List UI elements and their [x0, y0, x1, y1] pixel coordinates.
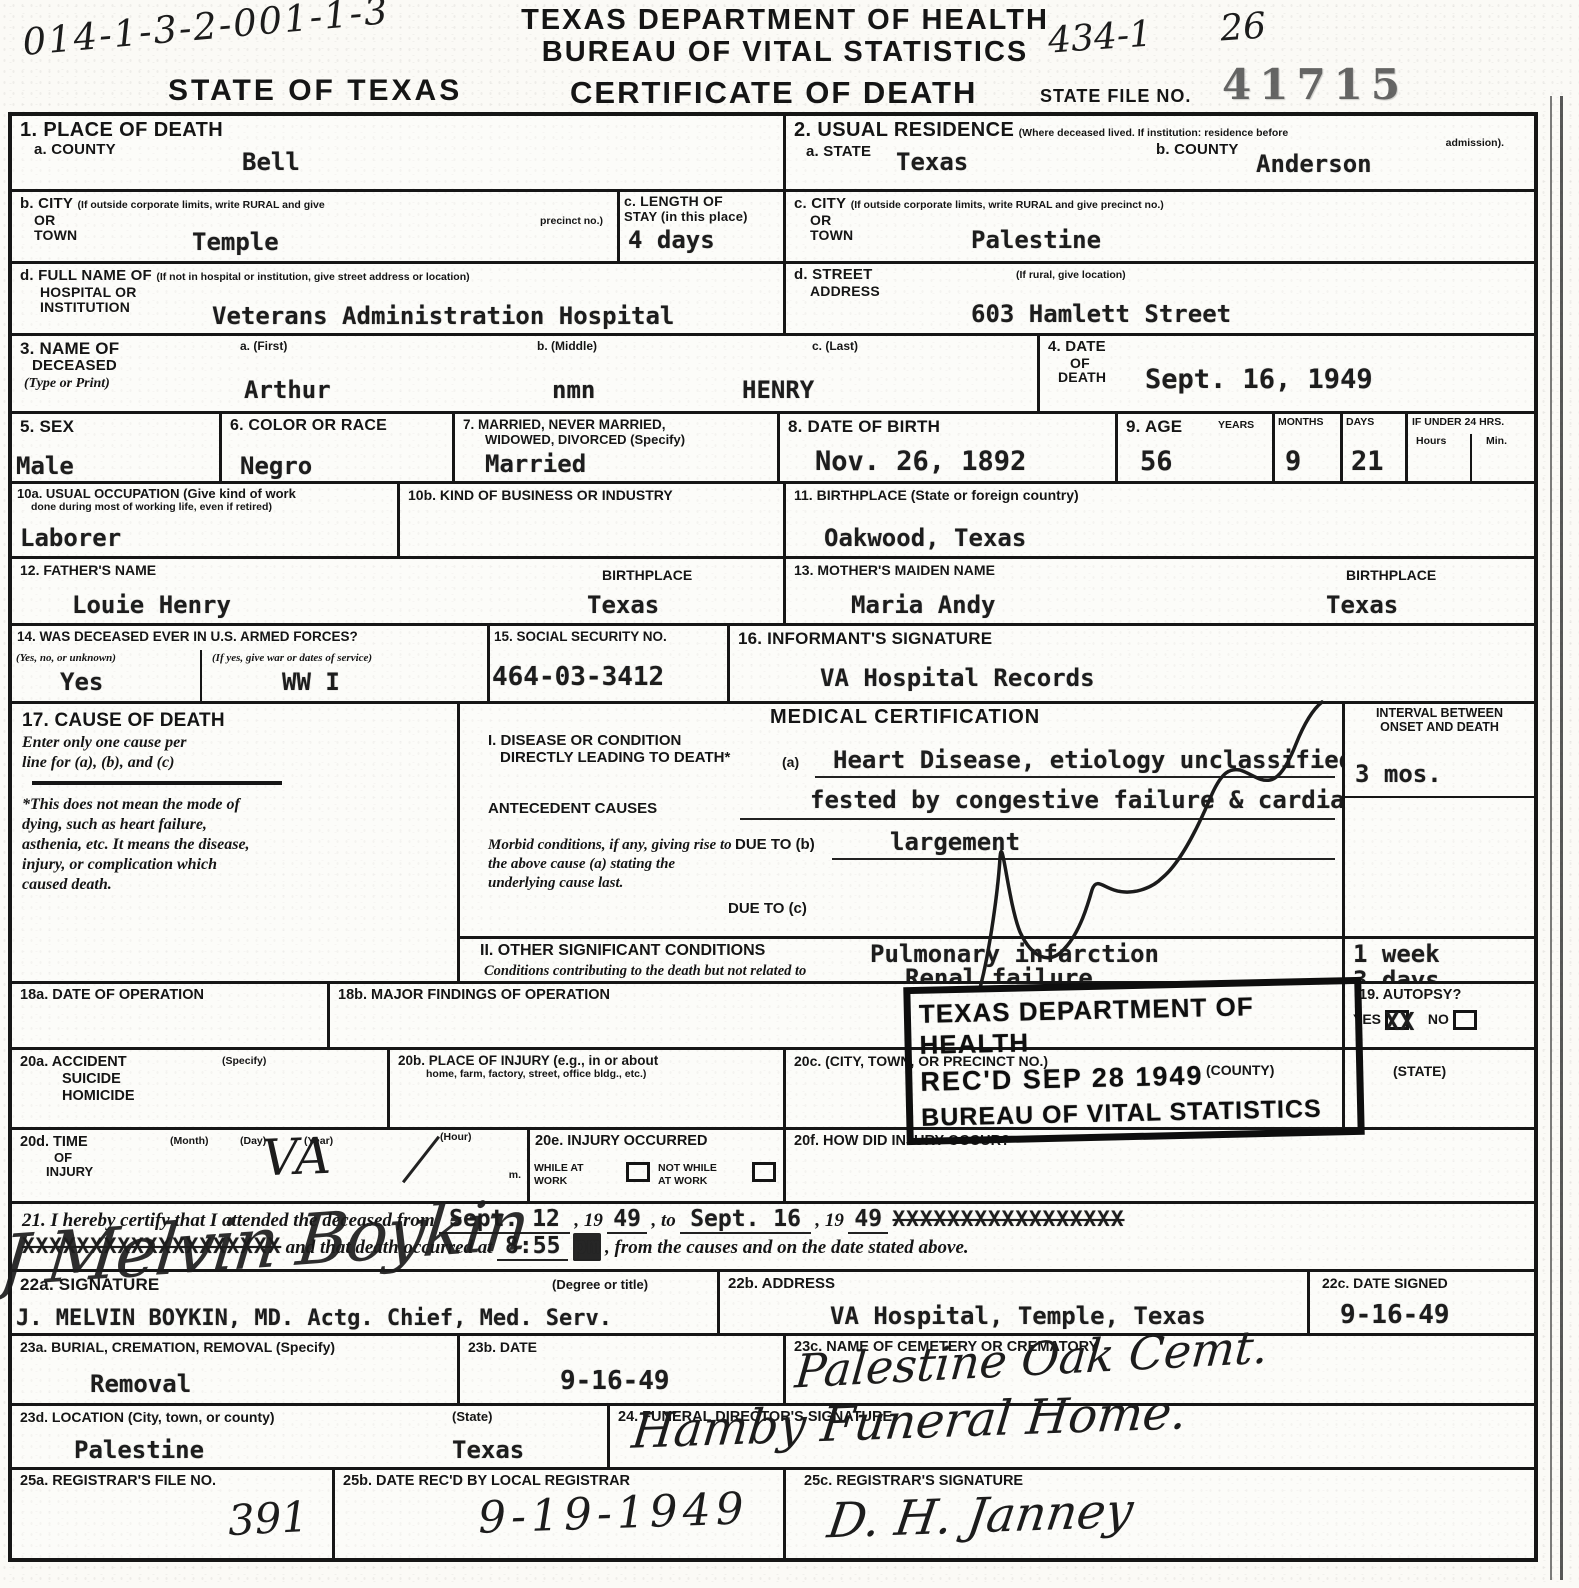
place-of-injury-l1: 20b. PLACE OF INJURY (e.g., in or about [398, 1053, 775, 1069]
cause-note-rule [32, 781, 282, 785]
birthplace-label: 11. BIRTHPLACE (State or foreign country… [794, 487, 1526, 503]
certify-struck-1: XXXXXXXXXXXXXXXXX [893, 1207, 1125, 1231]
armed-forces-war: WW I [282, 670, 340, 694]
dod-value: Sept. 16, 1949 [1145, 366, 1373, 393]
field-how-injury-occurred: 20f. HOW DID INJURY OCCUR? [786, 1130, 1534, 1201]
row-hospital-street: d. FULL NAME OF (If not in hospital or i… [12, 264, 1534, 336]
death-city-paren2: precinct no.) [540, 216, 603, 228]
under24-label: IF UNDER 24 HRS. [1412, 417, 1530, 429]
disease-l2: DIRECTLY LEADING TO DEATH* [500, 749, 730, 766]
field-color-race: 6. COLOR OR RACE Negro [222, 414, 455, 481]
field-armed-forces: 14. WAS DECEASED EVER IN U.S. ARMED FORC… [12, 626, 490, 701]
occupation-l2: done during most of working life, even i… [31, 502, 392, 514]
field-name-of-deceased: 3. NAME OF DECEASED (Type or Print) a. (… [12, 336, 1040, 411]
certify-mid: and that death occurred at [286, 1237, 493, 1258]
age-label: 9. AGE [1126, 417, 1182, 436]
stay-value: 4 days [628, 228, 715, 252]
scan-edge-lines [1550, 96, 1563, 1580]
age-months-label: MONTHS [1278, 417, 1337, 429]
field-physician-address: 22b. ADDRESS VA Hospital, Temple, Texas [720, 1272, 1310, 1333]
other-conditions-label: II. OTHER SIGNIFICANT CONDITIONS [480, 942, 765, 960]
row-armed-forces: 14. WAS DECEASED EVER IN U.S. ARMED FORC… [12, 626, 1534, 704]
race-value: Negro [240, 454, 312, 478]
field-injury-state: (STATE) [1345, 1050, 1534, 1127]
place-of-injury-l2: home, farm, factory, street, office bldg… [426, 1069, 775, 1081]
field-father: 12. FATHER'S NAME BIRTHPLACE Louie Henry… [12, 559, 786, 623]
usual-residence-title: 2. USUAL RESIDENCE [794, 119, 1014, 141]
name-title1: 3. NAME OF [20, 339, 1029, 358]
field-cemetery: 23c. NAME OF CEMETERY OR CREMATORY [786, 1336, 1534, 1403]
time-injury-l1: 20d. TIME [20, 1134, 88, 1150]
cemetery-label: 23c. NAME OF CEMETERY OR CREMATORY [794, 1339, 1526, 1356]
row-name-dod: 3. NAME OF DECEASED (Type or Print) a. (… [12, 336, 1534, 414]
medcert-title: MEDICAL CERTIFICATION [770, 706, 1040, 729]
row-parents: 12. FATHER'S NAME BIRTHPLACE Louie Henry… [12, 559, 1534, 626]
usual-residence-paren: (Where deceased lived. If institution: r… [1019, 127, 1289, 139]
certify-to-word: , to [651, 1210, 675, 1231]
agency-line1: TEXAS DEPARTMENT OF HEALTH [505, 4, 1065, 36]
min-label: Min. [1486, 436, 1507, 448]
disease-l1: I. DISEASE OR CONDITION [488, 732, 681, 749]
field-major-findings: 18b. MAJOR FINDINGS OF OPERATION [330, 984, 1345, 1047]
death-city-value: Temple [192, 230, 279, 254]
due-c-label: DUE TO (c) [728, 900, 807, 917]
field-registrar-file-no: 25a. REGISTRAR'S FILE NO. [12, 1470, 335, 1558]
field-under-24hrs: IF UNDER 24 HRS. Hours Min. [1408, 414, 1534, 481]
cause-line-a2: fested by congestive failure & cardiac e… [740, 784, 1335, 820]
field-burial-type: 23a. BURIAL, CREMATION, REMOVAL (Specify… [12, 1336, 460, 1403]
middle-name-value: nmn [552, 378, 595, 402]
race-label: 6. COLOR OR RACE [230, 417, 444, 435]
antecedent-label: ANTECEDENT CAUSES [488, 800, 657, 817]
row-location-director: 23d. LOCATION (City, town, or county) (S… [12, 1406, 1534, 1470]
certificate-form: 1. PLACE OF DEATH a. COUNTY Bell 2. USUA… [8, 112, 1538, 1562]
under24-divider [1470, 434, 1472, 481]
armed-forces-divider [200, 650, 202, 701]
burial-type-value: Removal [90, 1372, 191, 1396]
death-certificate-scan: 014-1-3-2-001-1-3 TEXAS DEPARTMENT OF HE… [0, 0, 1579, 1588]
ssn-value: 464-03-3412 [492, 664, 664, 690]
autopsy-yes-checkbox: XX [1385, 1010, 1409, 1030]
death-city-label: b. CITY [20, 195, 73, 212]
burial-type-label: 23a. BURIAL, CREMATION, REMOVAL (Specify… [20, 1339, 449, 1355]
autopsy-yes-mark: XX [1384, 1009, 1414, 1034]
injury-occurred-label: 20e. INJURY OCCURRED [535, 1133, 778, 1150]
informant-value: VA Hospital Records [820, 666, 1095, 690]
hospital-paren: (If not in hospital or institution, give… [156, 271, 469, 283]
accident-paren: (Specify) [222, 1056, 266, 1068]
field-industry: 10b. KIND OF BUSINESS OR INDUSTRY [400, 484, 786, 556]
interval-a-value: 3 mos. [1355, 762, 1442, 786]
accident-l2: SUICIDE [62, 1071, 379, 1088]
injury-state-label: (STATE) [1393, 1063, 1526, 1079]
physician-address-label: 22b. ADDRESS [728, 1275, 1299, 1292]
time-injury-day: (Day) [240, 1136, 266, 1148]
last-label: c. (Last) [812, 340, 858, 354]
field-place-of-death-county: 1. PLACE OF DEATH a. COUNTY Bell [12, 116, 786, 189]
field-physician-signature: 22a. SIGNATURE (Degree or title) J. MELV… [12, 1272, 720, 1333]
date-signed-value: 9-16-49 [1340, 1302, 1450, 1328]
county-label: a. COUNTY [34, 142, 775, 159]
field-time-of-injury: 20d. TIME (Month) (Day) (Year) (Hour) m.… [12, 1130, 530, 1201]
row-physician: 22a. SIGNATURE (Degree or title) J. MELV… [12, 1272, 1534, 1336]
cause-note1b: line for (a), (b), and (c) [22, 753, 447, 773]
time-injury-hour: (Hour) [440, 1132, 472, 1144]
age-years-value: 56 [1140, 448, 1173, 475]
mother-birthplace-value: Texas [1326, 593, 1398, 617]
autopsy-no-label: NO [1428, 1011, 1449, 1027]
while-at-work-checkbox [626, 1162, 650, 1182]
certify-pre: 21. I hereby certify that I attended the… [22, 1210, 435, 1231]
major-findings-label: 18b. MAJOR FINDINGS OF OPERATION [338, 987, 1334, 1004]
death-city-or: OR [34, 213, 609, 228]
place-of-death-title: 1. PLACE OF DEATH [20, 119, 775, 142]
other-condition-2: Renal failure [905, 966, 1093, 981]
certify-struck-2: XXXXXXXXXXXXXXXXXXX [22, 1234, 281, 1258]
residence-county-label: b. COUNTY [1156, 142, 1239, 159]
dod-l1: 4. DATE [1048, 339, 1526, 356]
armed-forces-answer: Yes [60, 670, 103, 694]
cause-line-a-value: Heart Disease, etiology unclassified, ma… [833, 748, 1345, 772]
accident-l1: 20a. ACCIDENT [20, 1054, 127, 1070]
field-burial-date: 23b. DATE 9-16-49 [460, 1336, 786, 1403]
industry-label: 10b. KIND OF BUSINESS OR INDUSTRY [408, 487, 775, 503]
medcert-divider [460, 936, 1345, 939]
field-injury-occurred: 20e. INJURY OCCURRED WHILE AT WORK NOT W… [530, 1130, 786, 1201]
field-date-of-operation: 18a. DATE OF OPERATION [12, 984, 330, 1047]
cause-line-b: largement [832, 828, 1335, 860]
autopsy-label: 19. AUTOPSY? [1359, 987, 1526, 1004]
name-title3: (Type or Print) [24, 375, 1029, 393]
burial-date-label: 23b. DATE [468, 1339, 775, 1355]
row-operation: 18a. DATE OF OPERATION 18b. MAJOR FINDIN… [12, 984, 1534, 1050]
dob-label: 8. DATE OF BIRTH [788, 417, 1107, 436]
death-city-town: TOWN [34, 228, 609, 243]
street-paren: (If rural, give location) [1016, 270, 1126, 282]
degree-label: (Degree or title) [552, 1278, 648, 1293]
row-demographics: 5. SEX Male 6. COLOR OR RACE Negro 7. MA… [12, 414, 1534, 484]
accident-l3: HOMICIDE [62, 1088, 379, 1105]
father-birthplace-label: BIRTHPLACE [602, 567, 692, 583]
injury-city-label: 20c. (CITY, TOWN, OR PRECINCT NO.) [794, 1053, 1048, 1069]
certify-time: 8:55 [497, 1233, 568, 1261]
occupation-value: Laborer [20, 526, 121, 550]
cause-line-a2-value: fested by congestive failure & cardiac e… [810, 788, 1345, 812]
certify-ampm: pm [573, 1233, 601, 1261]
field-accident-suicide-homicide: 20a. ACCIDENT (Specify) SUICIDE HOMICIDE [12, 1050, 390, 1127]
middle-label: b. (Middle) [537, 340, 597, 354]
burial-date-value: 9-16-49 [560, 1368, 670, 1394]
cause-line-a: Heart Disease, etiology unclassified, ma… [815, 742, 1335, 778]
certify-y1: , 19 [574, 1210, 603, 1231]
hospital-label: d. FULL NAME OF [20, 267, 152, 284]
burial-state-value: Texas [452, 1438, 524, 1462]
stay-label2: STAY (in this place) [624, 210, 779, 225]
field-death-city: b. CITY (If outside corporate limits, wr… [12, 192, 620, 261]
handwritten-code-right: 434-1 26 [1047, 8, 1267, 59]
hospital-l2: HOSPITAL OR [40, 285, 775, 300]
sex-label: 5. SEX [20, 417, 211, 436]
age-months-value: 9 [1285, 448, 1301, 475]
burial-location-label: 23d. LOCATION (City, town, or county) [20, 1409, 275, 1425]
state-file-no-label: STATE FILE NO. [1040, 86, 1191, 106]
age-days-value: 21 [1351, 448, 1384, 475]
armed-forces-paren2: (If yes, give war or dates of service) [212, 652, 372, 666]
agency-line2: BUREAU OF VITAL STATISTICS [505, 36, 1065, 68]
armed-forces-label: 14. WAS DECEASED EVER IN U.S. ARMED FORC… [17, 629, 482, 645]
how-injury-label: 20f. HOW DID INJURY OCCUR? [794, 1133, 1526, 1150]
occupation-l1: 10a. USUAL OCCUPATION (Give kind of work [17, 487, 392, 502]
ssn-label: 15. SOCIAL SECURITY NO. [494, 629, 723, 645]
interval-1-value: 1 week [1353, 942, 1440, 966]
residence-city-or: OR [810, 213, 1526, 228]
last-name-value: HENRY [742, 378, 814, 402]
field-age-months: MONTHS 9 [1275, 414, 1343, 481]
autopsy-no-checkbox [1453, 1010, 1477, 1030]
field-registrar-signature: 25c. REGISTRAR'S SIGNATURE [786, 1470, 1534, 1558]
while-at-work-l1: WHILE AT [534, 1162, 584, 1174]
informant-label: 16. INFORMANT'S SIGNATURE [738, 629, 1526, 648]
birthplace-value: Oakwood, Texas [824, 526, 1026, 550]
registrar-signature-label: 25c. REGISTRAR'S SIGNATURE [804, 1473, 1526, 1490]
field-autopsy: 19. AUTOPSY? YES XX NO [1345, 984, 1534, 1047]
field-usual-residence: 2. USUAL RESIDENCE (Where deceased lived… [786, 116, 1534, 189]
certify-line-1: 21. I hereby certify that I attended the… [22, 1208, 1524, 1233]
county-value: Bell [242, 150, 300, 174]
certify-y2-value: 49 [848, 1206, 888, 1234]
field-hospital: d. FULL NAME OF (If not in hospital or i… [12, 264, 786, 333]
row-time-of-injury: 20d. TIME (Month) (Day) (Year) (Hour) m.… [12, 1130, 1534, 1204]
state-of-texas: STATE OF TEXAS [168, 74, 462, 108]
morbid-note: Morbid conditions, if any, giving rise t… [488, 836, 738, 892]
registrar-file-label: 25a. REGISTRAR'S FILE NO. [20, 1473, 324, 1490]
physician-signature-label: 22a. SIGNATURE [20, 1275, 159, 1294]
time-injury-year: (Year) [304, 1136, 333, 1148]
certify-to-date: Sept. 16 [680, 1206, 811, 1234]
other-conditions-note: Conditions contributing to the death but… [484, 962, 814, 981]
interval-2-value: 3 days [1353, 968, 1440, 981]
handwritten-code-left: 014-1-3-2-001-1-3 [21, 0, 391, 61]
residence-state-label: a. STATE [806, 144, 871, 161]
field-marital-status: 7. MARRIED, NEVER MARRIED, WIDOWED, DIVO… [455, 414, 780, 481]
age-years-label: YEARS [1218, 420, 1254, 432]
marital-l2: WIDOWED, DIVORCED (Specify) [485, 433, 769, 448]
row-injury-type: 20a. ACCIDENT (Specify) SUICIDE HOMICIDE… [12, 1050, 1534, 1130]
certificate-title: CERTIFICATE OF DEATH [570, 76, 977, 111]
field-length-of-stay: c. LENGTH OF STAY (in this place) 4 days [620, 192, 786, 261]
row-place-residence-top: 1. PLACE OF DEATH a. COUNTY Bell 2. USUA… [12, 116, 1534, 192]
interval-rule-1 [1345, 796, 1534, 798]
certify-post: , from the causes and on the date stated… [605, 1237, 969, 1258]
physician-address-value: VA Hospital, Temple, Texas [830, 1304, 1206, 1328]
father-name-value: Louie Henry [72, 593, 231, 617]
mother-label: 13. MOTHER'S MAIDEN NAME [794, 562, 995, 578]
certify-y2: , 19 [815, 1210, 844, 1231]
date-signed-label: 22c. DATE SIGNED [1322, 1275, 1526, 1291]
field-date-of-death: 4. DATE OF DEATH Sept. 16, 1949 [1040, 336, 1534, 411]
time-injury-l3: INJURY [46, 1165, 519, 1179]
autopsy-yes-label: YES [1353, 1011, 1381, 1027]
row-occupation: 10a. USUAL OCCUPATION (Give kind of work… [12, 484, 1534, 559]
field-medical-certification: MEDICAL CERTIFICATION I. DISEASE OR COND… [460, 704, 1345, 981]
field-sex: 5. SEX Male [12, 414, 222, 481]
residence-city-town: TOWN [810, 228, 1526, 243]
field-burial-location: 23d. LOCATION (City, town, or county) (S… [12, 1406, 610, 1467]
field-street-address: d. STREET ADDRESS (If rural, give locati… [786, 264, 1534, 333]
residence-state-value: Texas [896, 150, 968, 174]
disease-a-label: (a) [782, 754, 799, 770]
father-birthplace-value: Texas [587, 593, 659, 617]
field-age-days: DAYS 21 [1343, 414, 1408, 481]
interval-l2: ONSET AND DEATH [1345, 721, 1534, 735]
sex-value: Male [16, 454, 74, 478]
date-recd-label: 25b. DATE REC'D BY LOCAL REGISTRAR [343, 1473, 775, 1490]
row-burial: 23a. BURIAL, CREMATION, REMOVAL (Specify… [12, 1336, 1534, 1406]
not-while-l1: NOT WHILE [658, 1162, 717, 1174]
mother-name-value: Maria Andy [851, 593, 996, 617]
time-injury-l2: OF [54, 1151, 519, 1165]
field-age-years: 9. AGE YEARS 56 [1118, 414, 1275, 481]
field-birthplace: 11. BIRTHPLACE (State or foreign country… [786, 484, 1534, 556]
cause-note1: Enter only one cause per [22, 733, 447, 753]
dob-value: Nov. 26, 1892 [815, 448, 1026, 475]
field-ssn: 15. SOCIAL SECURITY NO. 464-03-3412 [490, 626, 730, 701]
hours-label: Hours [1416, 436, 1446, 448]
date-of-operation-label: 18a. DATE OF OPERATION [20, 987, 319, 1004]
marital-l1: 7. MARRIED, NEVER MARRIED, [463, 417, 769, 433]
name-title2: DECEASED [32, 358, 1029, 375]
field-date-of-birth: 8. DATE OF BIRTH Nov. 26, 1892 [780, 414, 1118, 481]
mother-birthplace-label: BIRTHPLACE [1346, 567, 1436, 583]
field-funeral-director: 24. FUNERAL DIRECTOR'S SIGNATURE [610, 1406, 1534, 1467]
street-label1: d. STREET [794, 267, 1526, 284]
cause-of-death-label: 17. CAUSE OF DEATH [22, 710, 447, 731]
street-label2: ADDRESS [810, 284, 1526, 300]
street-value: 603 Hamlett Street [971, 302, 1231, 326]
age-days-label: DAYS [1346, 417, 1402, 429]
agency-title: TEXAS DEPARTMENT OF HEALTH BUREAU OF VIT… [505, 4, 1065, 69]
interval-rule-2 [1345, 936, 1534, 939]
hospital-value: Veterans Administration Hospital [212, 304, 674, 328]
cause-line-b-value: largement [890, 830, 1020, 854]
certify-from-date: Sept. 12 [439, 1206, 570, 1234]
physician-typed-name: J. MELVIN BOYKIN, MD. Actg. Chief, Med. … [16, 1308, 612, 1330]
residence-city-label: c. CITY [794, 195, 846, 212]
first-label: a. (First) [240, 340, 287, 354]
usual-residence-paren2: admission). [1446, 138, 1504, 150]
interval-l1: INTERVAL BETWEEN [1345, 707, 1534, 721]
not-while-checkbox [752, 1162, 776, 1182]
other-condition-1: Pulmonary infarction [870, 942, 1159, 966]
row-registrar: 25a. REGISTRAR'S FILE NO. 25b. DATE REC'… [12, 1470, 1534, 1558]
field-occupation: 10a. USUAL OCCUPATION (Give kind of work… [12, 484, 400, 556]
death-city-paren: (If outside corporate limits, write RURA… [78, 199, 325, 211]
field-mother: 13. MOTHER'S MAIDEN NAME BIRTHPLACE Mari… [786, 559, 1534, 623]
residence-city-paren: (If outside corporate limits, write RURA… [851, 199, 1164, 211]
row-city: b. CITY (If outside corporate limits, wr… [12, 192, 1534, 264]
armed-forces-paren1: (Yes, no, or unknown) [16, 652, 116, 666]
certify-line-2: XXXXXXXXXXXXXXXXXXX and that death occur… [22, 1235, 1524, 1260]
injury-county-label: (COUNTY) [1206, 1062, 1274, 1078]
residence-county-value: Anderson [1256, 152, 1372, 176]
burial-city-value: Palestine [74, 1438, 204, 1462]
row-medical-certification: 17. CAUSE OF DEATH Enter only one cause … [12, 704, 1534, 984]
father-label: 12. FATHER'S NAME [20, 562, 156, 578]
field-interval: INTERVAL BETWEEN ONSET AND DEATH 3 mos. … [1345, 704, 1534, 981]
certify-y1-value: 49 [607, 1206, 647, 1234]
field-informant: 16. INFORMANT'S SIGNATURE VA Hospital Re… [730, 626, 1534, 701]
due-b-label: DUE TO (b) [735, 836, 815, 853]
field-cause-of-death-notes: 17. CAUSE OF DEATH Enter only one cause … [12, 704, 460, 981]
field-date-recd: 25b. DATE REC'D BY LOCAL REGISTRAR [335, 1470, 786, 1558]
residence-city-value: Palestine [971, 228, 1101, 252]
field-place-of-injury: 20b. PLACE OF INJURY (e.g., in or about … [390, 1050, 786, 1127]
field-date-signed: 22c. DATE SIGNED 9-16-49 [1310, 1272, 1534, 1333]
funeral-director-label: 24. FUNERAL DIRECTOR'S SIGNATURE [618, 1409, 1526, 1426]
time-injury-m: m. [509, 1170, 521, 1182]
row-certify-statement: 21. I hereby certify that I attended the… [12, 1204, 1534, 1272]
first-name-value: Arthur [244, 378, 331, 402]
cause-note2: *This does not mean the mode of dying, s… [22, 795, 252, 895]
time-injury-month: (Month) [170, 1136, 208, 1148]
field-residence-city: c. CITY (If outside corporate limits, wr… [786, 192, 1534, 261]
state-file-no-value: 41715 [1222, 60, 1408, 109]
field-injury-city: 20c. (CITY, TOWN, OR PRECINCT NO.) (COUN… [786, 1050, 1345, 1127]
stay-label1: c. LENGTH OF [624, 194, 779, 210]
burial-state-label: (State) [452, 1410, 492, 1425]
marital-value: Married [485, 452, 586, 476]
